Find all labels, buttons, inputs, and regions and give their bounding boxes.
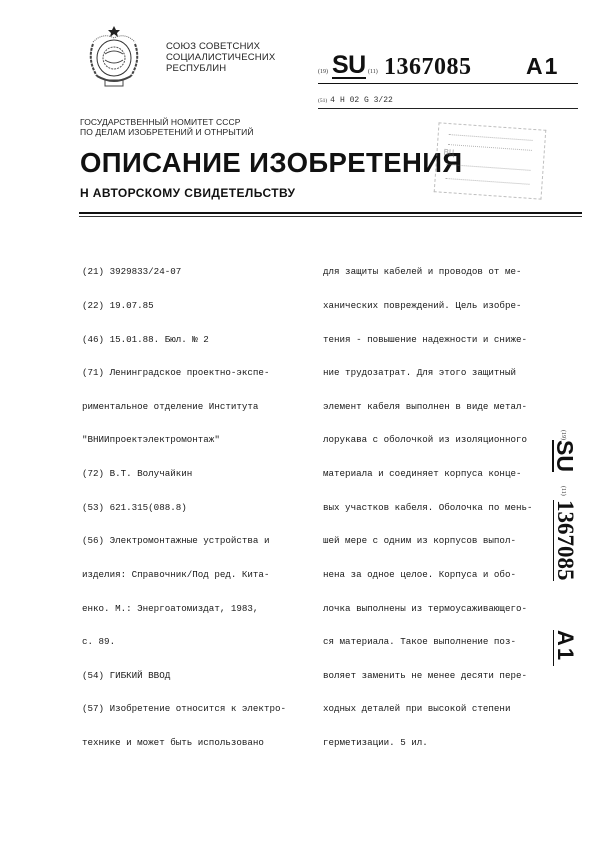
library-stamp: ВЦ [434,122,547,199]
ipc-edition: 4 [330,96,335,105]
biblio-line: (57) Изобретение относится к электро- [82,703,286,714]
biblio-line: риментальное отделение Института [82,401,286,412]
kind-code: A1 [526,54,559,78]
biblio-line: (21) 3929833/24-07 [82,266,286,277]
abstract-line: ханических повреждений. Цель изобре- [323,300,533,311]
document-subtitle: Н АВТОРСКОМУ СВИДЕТЕЛЬСТВУ [80,186,295,200]
abstract-line: вых участков кабеля. Оболочка по мень- [323,502,533,513]
abstract-line: лорукава с оболочкой из изоляционного [323,434,533,445]
abstract-line: ся материала. Такое выполнение поз- [323,636,533,647]
abstract-line: герметизации. 5 ил. [323,737,533,748]
biblio-line: (72) В.Т. Волучайкин [82,468,286,479]
ussr-emblem-icon [83,24,145,90]
side-country-code: SU [552,440,576,472]
abstract-line: тения - повышение надежности и сниже- [323,334,533,345]
abstract-line: ние трудозатрат. Для этого защитный [323,367,533,378]
document-title: ОПИСАНИЕ ИЗОБРЕТЕНИЯ [80,148,463,178]
abstract-line: лочка выполнены из термоусаживающего- [323,603,533,614]
biblio-line: изделия: Справочник/Под ред. Кита- [82,569,286,580]
biblio-line: (54) ГИБКИЙ ВВОД [82,670,286,681]
side-publication-number: (19) SU (11) 1367085 A1 [548,430,578,680]
committee-line: ПО ДЕЛАМ ИЗОБРЕТЕНИЙ И ОТНРЫТИЙ [80,127,254,137]
publication-number: (19) SU (11) 1367085 A1 [318,53,578,84]
stamp-mark: ВЦ [443,148,454,159]
header-divider-thin [79,216,582,217]
inid-code-11: (11) [368,69,378,75]
bibliographic-data: (21) 3929833/24-07 (22) 19.07.85 (46) 15… [82,244,286,759]
country-code: SU [332,53,366,79]
header-divider [79,212,582,214]
committee-line: ГОСУДАРСТВЕННЫЙ НОМИТЕТ СССР [80,117,254,127]
committee-name: ГОСУДАРСТВЕННЫЙ НОМИТЕТ СССР ПО ДЕЛАМ ИЗ… [80,117,254,137]
inid-code-51: (51) [318,98,327,104]
biblio-line: (53) 621.315(088.8) [82,502,286,513]
union-line: РЕСПУБЛИН [166,63,275,74]
side-patent-number: 1367085 [553,500,576,581]
biblio-line: технике и может быть использовано [82,737,286,748]
side-kind-code: A1 [553,630,576,666]
side-inid-code-11: (11) [560,486,566,496]
ipc-classification: (51)4Н 02 G 3/22 [318,96,578,109]
side-inid-code-19: (19) [560,430,566,440]
abstract-line: ходных деталей при высокой степени [323,703,533,714]
inid-code-19: (19) [318,69,328,75]
abstract-text: для защиты кабелей и проводов от ме- хан… [323,244,533,759]
biblio-line: (71) Ленинградское проектно-экспе- [82,367,286,378]
abstract-line: для защиты кабелей и проводов от ме- [323,266,533,277]
abstract-line: воляет заменить не менее десяти пере- [323,670,533,681]
biblio-line: "ВНИИпроектэлектромонтаж" [82,434,286,445]
abstract-line: шей мере с одним из корпусов выпол- [323,535,533,546]
abstract-line: нена за одное целое. Корпуса и обо- [323,569,533,580]
biblio-line: енко. М.: Энергоатомиздат, 1983, [82,603,286,614]
union-line: СОЮЗ СОВЕТСНИХ [166,41,275,52]
union-name: СОЮЗ СОВЕТСНИХ СОЦИАЛИСТИЧЕСНИХ РЕСПУБЛИ… [166,41,275,74]
biblio-line: (56) Электромонтажные устройства и [82,535,286,546]
biblio-line: (46) 15.01.88. Бюл. № 2 [82,334,286,345]
biblio-line: (22) 19.07.85 [82,300,286,311]
biblio-line: с. 89. [82,636,286,647]
ipc-class: Н 02 G 3/22 [340,96,393,105]
abstract-line: материала и соединяет корпуса концe- [323,468,533,479]
abstract-line: элемент кабеля выполнен в виде метал- [323,401,533,412]
union-line: СОЦИАЛИСТИЧЕСНИХ [166,52,275,63]
patent-number: 1367085 [384,55,472,79]
